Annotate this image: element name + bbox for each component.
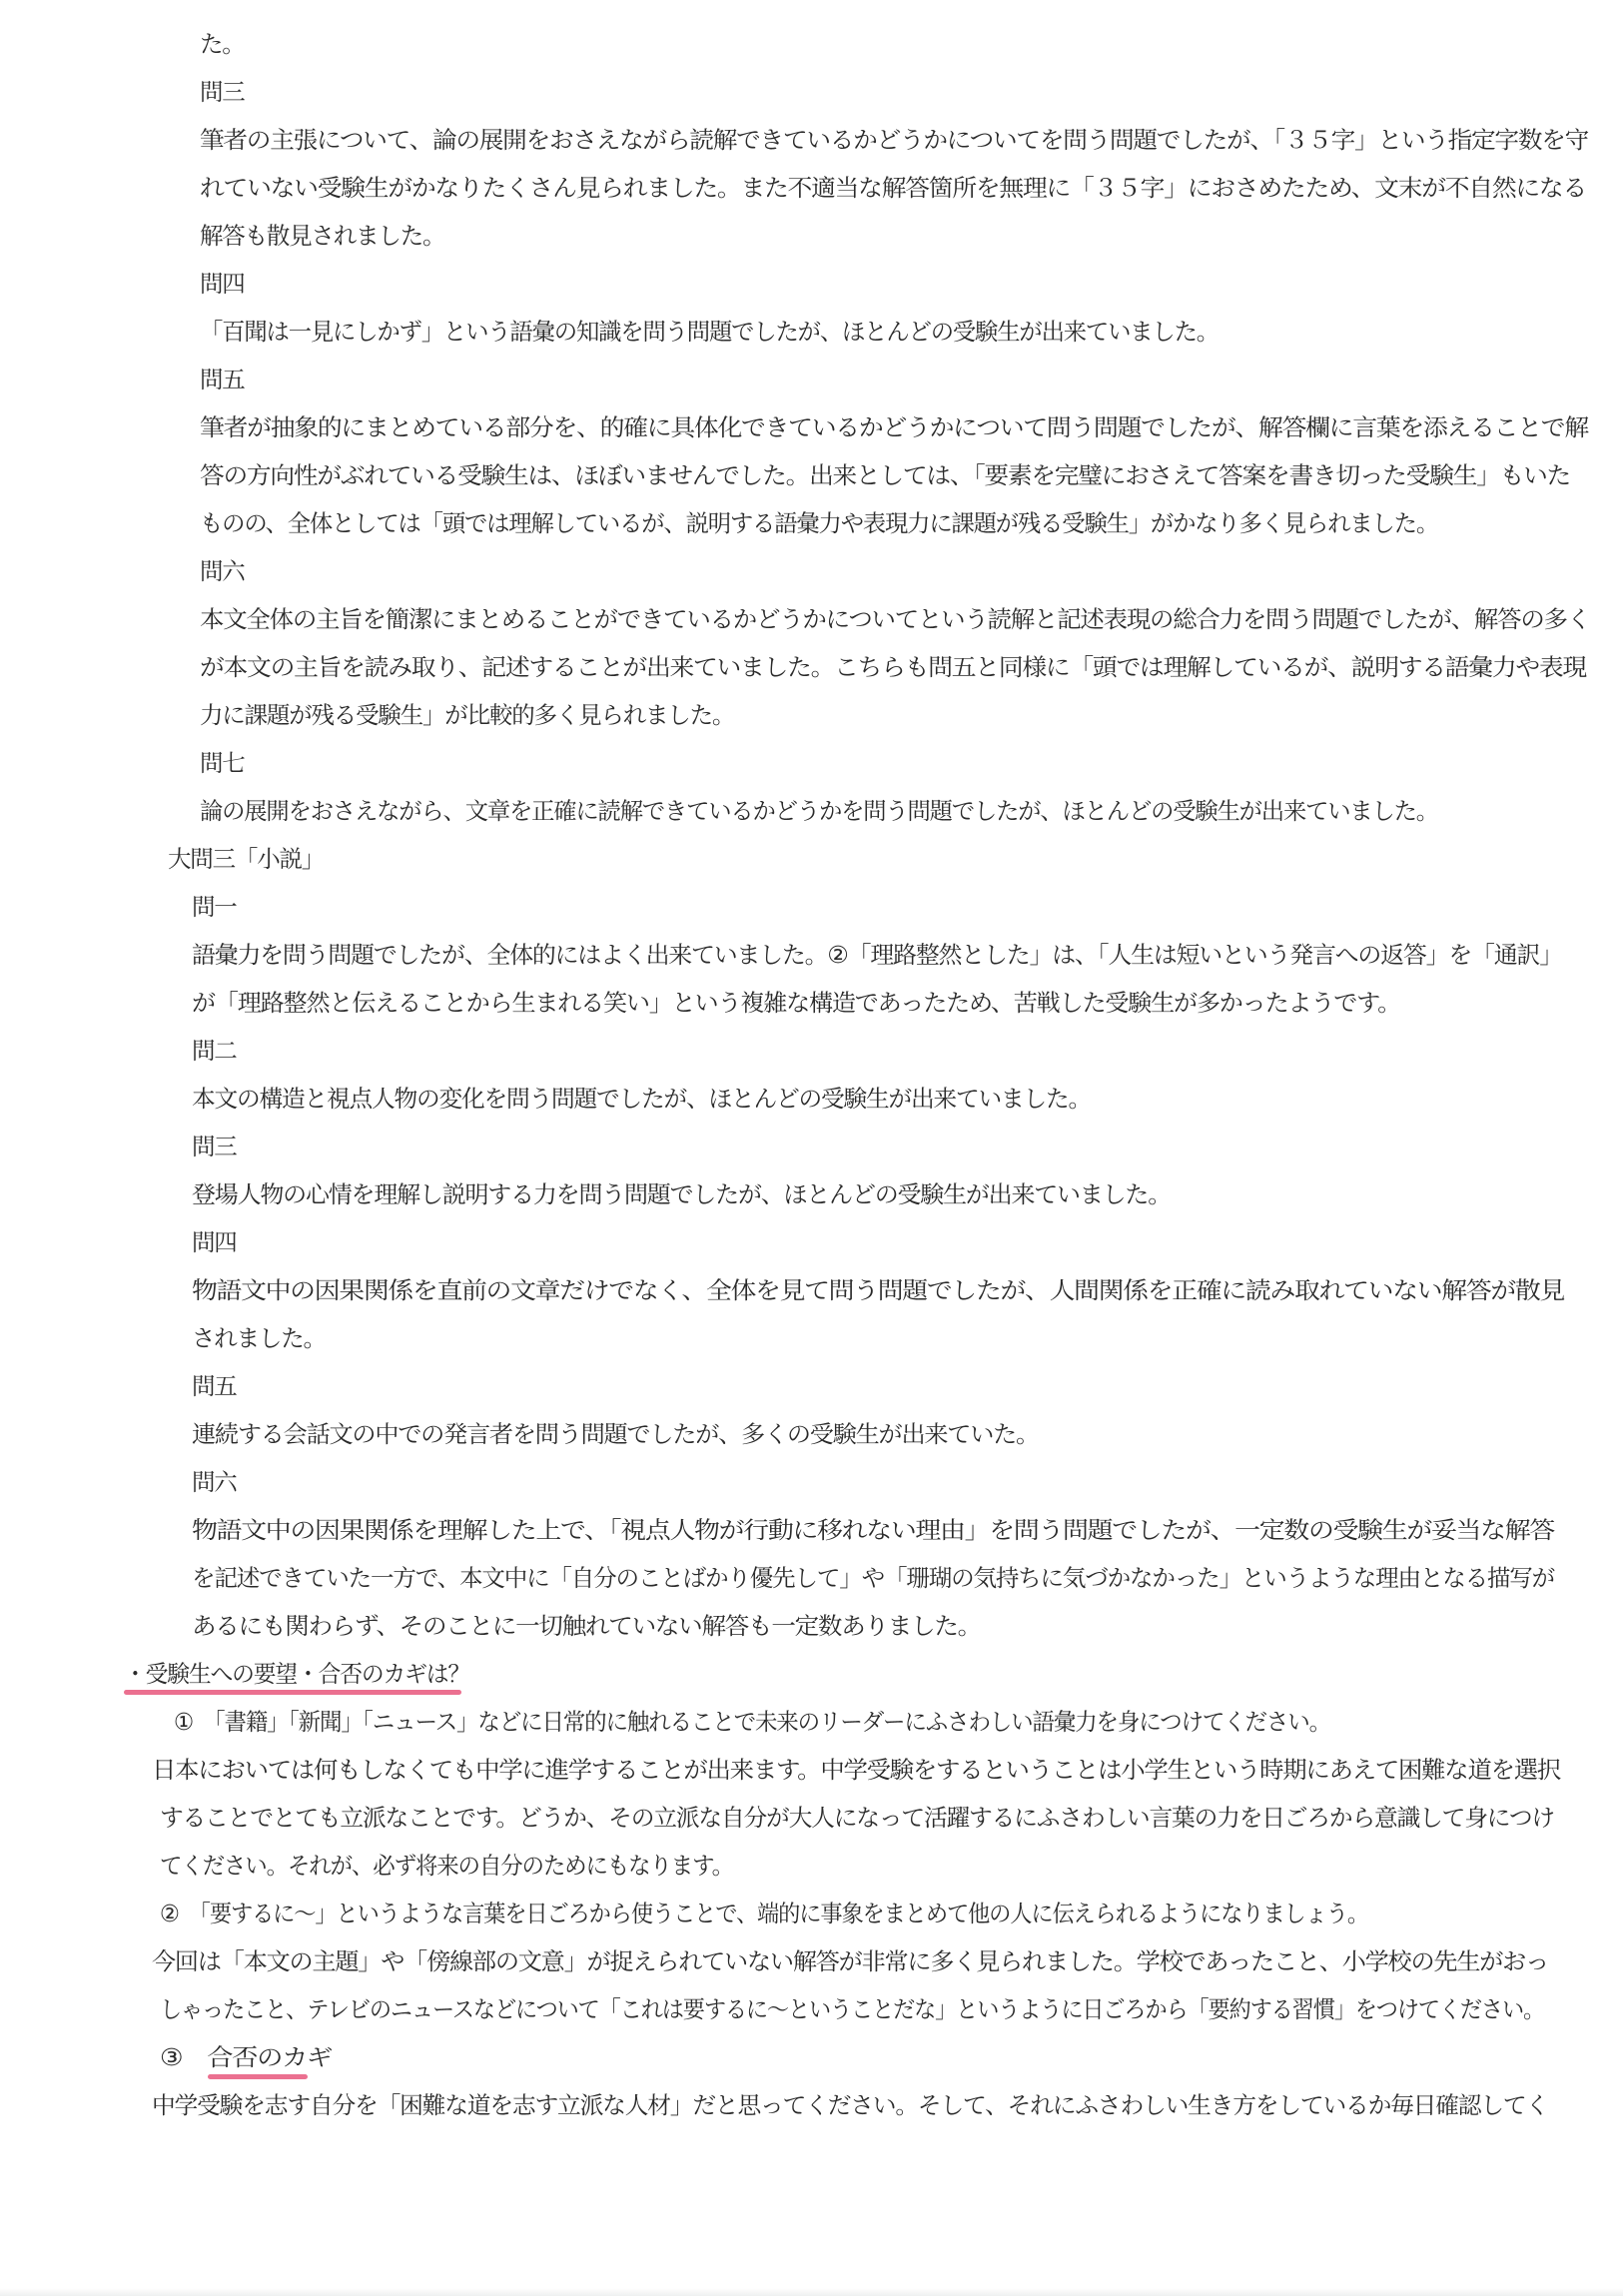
question-heading: 問四	[192, 1226, 237, 1258]
body-text-line: 連続する会話文の中での発言者を問う問題でしたが、多くの受験生が出来ていた。	[192, 1418, 1039, 1450]
body-text-line: てください。それが、必ず将来の自分のためにもなります。	[160, 1850, 733, 1882]
question-heading: 問五	[192, 1370, 237, 1402]
advice-point: ② 「要するに～」というような言葉を日ごろから使うことで、端的に事象をまとめて他…	[160, 1898, 1368, 1929]
question-heading: 問二	[192, 1035, 237, 1067]
body-text-line: 登場人物の心情を理解し説明する力を問う問題でしたが、ほとんどの受験生が出来ていま…	[192, 1178, 1171, 1210]
body-text-line: 力に課題が残る受験生」が比較的多く見られました。	[200, 699, 734, 731]
question-heading: 問六	[200, 555, 245, 587]
advice-point: ③ 合否のカギ	[160, 2041, 332, 2073]
body-text-line: しゃったこと、テレビのニュースなどについて「これは要するに～ということだな」とい…	[160, 1993, 1544, 2025]
body-text-line: 解答も散見されました。	[200, 220, 444, 252]
body-text-line: を記述できていた一方で、本文中に「自分のことばかり優先して」や「珊瑚の気持ちに気…	[192, 1562, 1554, 1594]
body-text-line: 本文全体の主旨を簡潔にまとめることができているかどうかについてという読解と記述表…	[200, 603, 1590, 635]
body-text-line: 中学受験を志す自分を「困難な道を志す立派な人材」だと思ってください。そして、それ…	[152, 2089, 1548, 2121]
body-text-line: 物語文中の因果関係を理解した上で、「視点人物が行動に移れない理由」を問う問題でし…	[192, 1514, 1554, 1546]
advice-point: ① 「書籍」「新聞」「ニュース」などに日常的に触れることで未来のリーダーにふさわ…	[174, 1706, 1330, 1738]
question-heading: 問七	[200, 747, 245, 779]
question-heading: 問五	[200, 364, 245, 395]
advice-section-heading: ・受験生への要望・合否のカギは？	[124, 1658, 469, 1690]
question-heading: 問一	[192, 891, 237, 923]
body-text-line: されました。	[192, 1322, 326, 1354]
body-text-line: 筆者の主張について、論の展開をおさえながら読解できているかどうかについてを問う問…	[200, 124, 1588, 156]
pink-underline-marker	[208, 2074, 308, 2079]
body-text-line: が本文の主旨を読み取り、記述することが出来ていました。こちらも問五と同様に「頭で…	[200, 651, 1586, 683]
page-bottom-edge	[0, 2288, 1623, 2296]
body-text-line: ものの、全体としては「頭では理解しているが、説明する語彙力や表現力に課題が残る受…	[200, 507, 1438, 539]
body-text-line: れていない受験生がかなりたくさん見られました。また不適当な解答箇所を無理に「３５…	[200, 172, 1586, 204]
pink-underline-marker	[124, 1690, 461, 1695]
body-text-line: 論の展開をおさえながら、文章を正確に読解できているかどうかを問う問題でしたが、ほ…	[200, 795, 1438, 827]
question-heading: 問六	[192, 1466, 237, 1498]
body-text-line: 物語文中の因果関係を直前の文章だけでなく、全体を見て問う問題でしたが、人間関係を…	[192, 1274, 1564, 1306]
body-text-line: 答の方向性がぶれている受験生は、ほぼいませんでした。出来としては、「要素を完璧に…	[200, 459, 1570, 491]
body-text-line: 「百聞は一見にしかず」という語彙の知識を問う問題でしたが、ほとんどの受験生が出来…	[200, 316, 1218, 348]
body-text-line: あるにも関わらず、そのことに一切触れていない解答も一定数ありました。	[192, 1610, 981, 1642]
question-heading: 問四	[200, 268, 245, 300]
body-text-line: 語彙力を問う問題でしたが、全体的にはよく出来ていました。②「理路整然とした」は、…	[192, 939, 1562, 971]
question-heading: 問三	[192, 1131, 237, 1162]
body-text-line: 筆者が抽象的にまとめている部分を、的確に具体化できているかどうかについて問う問題…	[200, 411, 1588, 443]
body-text-line: 今回は「本文の主題」や「傍線部の文意」が捉えられていない解答が非常に多く見られま…	[152, 1945, 1548, 1977]
body-text-line: が「理路整然と伝えることから生まれる笑い」という複雑な構造であったため、苦戦した…	[192, 987, 1400, 1019]
question-heading: 問三	[200, 76, 245, 108]
body-text-line: た。	[200, 28, 245, 60]
scanned-document-page: た。問三筆者の主張について、論の展開をおさえながら読解できているかどうかについて…	[0, 0, 1623, 2296]
body-text-line: 日本においては何もしなくても中学に進学することが出来ます。中学受験をするというこ…	[152, 1754, 1560, 1786]
body-text-line: することでとても立派なことです。どうか、その立派な自分が大人になって活躍するにふ…	[160, 1802, 1554, 1834]
body-text-line: 本文の構造と視点人物の変化を問う問題でしたが、ほとんどの受験生が出来ていました。	[192, 1083, 1091, 1115]
section-heading: 大問三「小説」	[168, 843, 324, 875]
